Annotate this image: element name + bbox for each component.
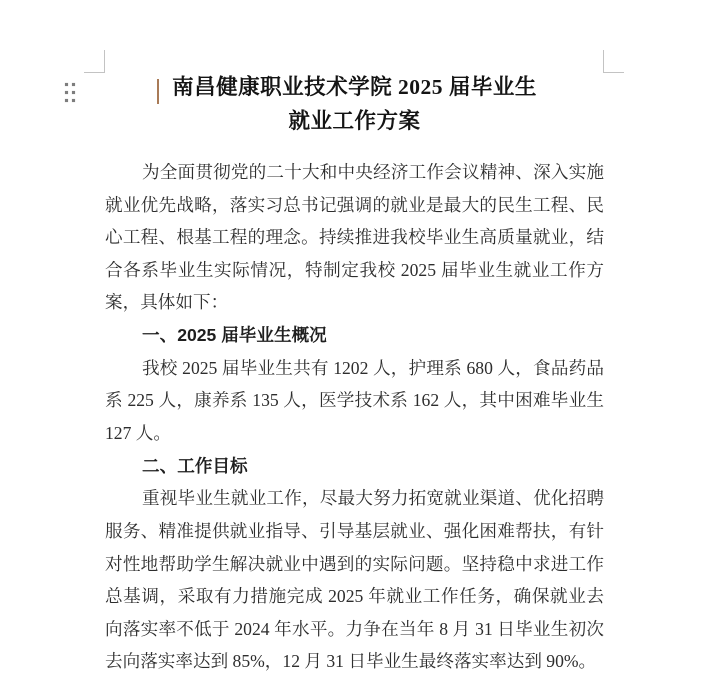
paragraph-graduate-overview: 我校 2025 届毕业生共有 1202 人，护理系 680 人，食品药品系 22…: [105, 352, 604, 450]
document-page: 南昌健康职业技术学院 2025 届毕业生 就业工作方案 为全面贯彻党的二十大和中…: [0, 0, 712, 696]
paragraph-intro: 为全面贯彻党的二十大和中央经济工作会议精神、深入实施就业优先战略，落实习总书记强…: [105, 156, 604, 319]
document-title-line1: 南昌健康职业技术学院 2025 届毕业生: [172, 75, 537, 99]
drag-handle-dot: [72, 91, 75, 94]
drag-handle-icon[interactable]: [65, 83, 75, 102]
paragraph-work-goals: 重视毕业生就业工作，尽最大努力拓宽就业渠道、优化招聘服务、精准提供就业指导、引导…: [105, 482, 604, 678]
section-heading-graduate-overview: 一、2025 届毕业生概况: [105, 319, 604, 352]
document-title-line2: 就业工作方案: [288, 109, 420, 133]
section-heading-work-goals: 二、工作目标: [105, 450, 604, 483]
drag-handle-dot: [72, 99, 75, 102]
drag-handle-dot: [72, 83, 75, 86]
document-content[interactable]: 南昌健康职业技术学院 2025 届毕业生 就业工作方案 为全面贯彻党的二十大和中…: [105, 71, 604, 678]
document-title: 南昌健康职业技术学院 2025 届毕业生 就业工作方案: [105, 71, 604, 138]
page-margin-corner-mark-left: [84, 50, 105, 73]
drag-handle-dot: [65, 91, 68, 94]
drag-handle-dot: [65, 99, 68, 102]
page-margin-corner-mark-right: [603, 50, 624, 73]
drag-handle-dot: [65, 83, 68, 86]
